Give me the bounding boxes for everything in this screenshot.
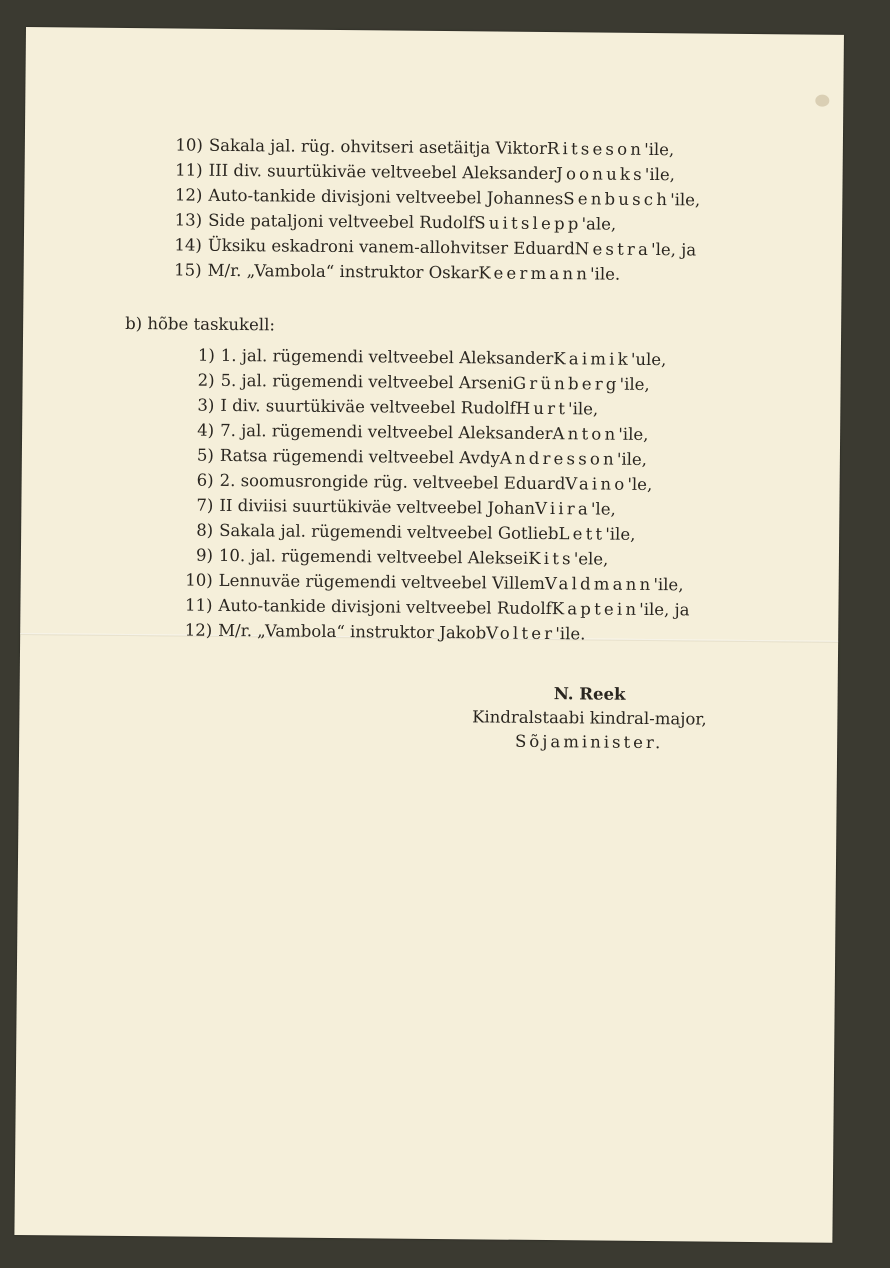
surname: Nestra — [575, 236, 651, 262]
award-list-b: 1)1. jal. rügemendi veltveebel Aleksande… — [142, 342, 692, 647]
surname: Kaimik — [553, 346, 631, 372]
signatory-name: N. Reek — [440, 681, 740, 708]
document-page: 10)Sakala jal. rüg. ohvitseri asetäitja … — [14, 27, 844, 1243]
surname: Kits — [528, 546, 574, 571]
surname: Suitslepp — [474, 210, 582, 236]
surname: Grünberg — [513, 371, 620, 397]
section-b-heading: b) hõbe taskukell: — [125, 311, 275, 337]
surname: Keermann — [478, 260, 590, 286]
paper-stain — [815, 95, 829, 107]
surname: Viira — [535, 496, 591, 522]
surname: Senbusch — [563, 186, 670, 212]
surname: Joonuks — [556, 161, 645, 187]
surname: Hurt — [516, 396, 569, 422]
surname: Valdmann — [545, 571, 654, 597]
surname: Andresson — [500, 446, 617, 472]
award-list-a: 10)Sakala jal. rüg. ohvitseri asetäitja … — [154, 132, 701, 287]
list-item: 12)M/r. „Vambola“ instruktor Jakob Volte… — [142, 617, 689, 647]
signature-block: N. Reek Kindralstaabi kindral-major, Sõj… — [439, 681, 740, 756]
surname: Volter — [486, 620, 555, 646]
signatory-office: Sõjaminister. — [439, 729, 739, 756]
signatory-title: Kindralstaabi kindral-major, — [439, 705, 739, 732]
surname: Ritseson — [547, 136, 644, 162]
surname: Kaptein — [552, 596, 640, 622]
surname: Anton — [552, 421, 618, 447]
surname: Lett — [558, 521, 605, 546]
list-item: 15)M/r. „Vambola“ instruktor Oskar Keerm… — [154, 257, 700, 287]
surname: Vaino — [565, 471, 627, 497]
